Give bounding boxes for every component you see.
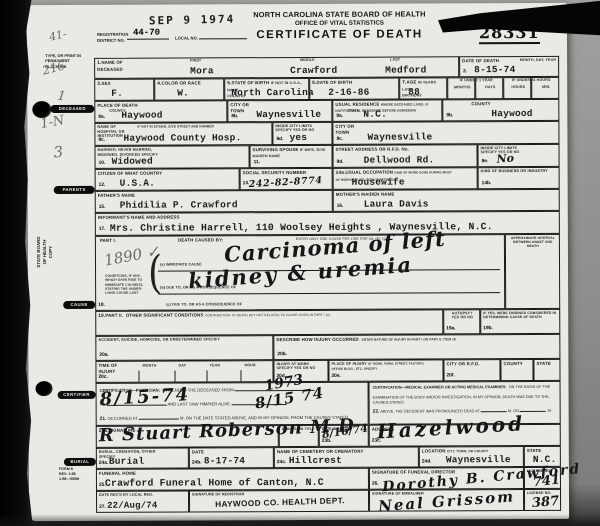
field-place-of-death-county: PLACE OF DEATH 8a. COUNTY Haywood xyxy=(94,100,227,123)
field-registrar-signature: SIGNATURE OF REGISTRAR HAYWOOD CO. HEALT… xyxy=(189,490,369,513)
burial-type-value: Burial xyxy=(109,456,144,467)
pod-city-limits-value: yes xyxy=(289,132,307,143)
board-name: NORTH CAROLINA STATE BOARD OF HEALTH xyxy=(222,9,457,19)
field-cemetery-name: NAME OF CEMETERY OR CREMATORY 24c. Hillc… xyxy=(274,446,419,468)
field-date-of-birth: 6.DATE OF BIRTH 2-16-86 xyxy=(309,78,399,100)
field-funeral-director-signature: SIGNATURE OF FUNERAL DIRECTOR 26. Doroth… xyxy=(369,467,524,490)
field-autopsy: AUTOPSY?YES OR NO 19a. xyxy=(443,309,480,334)
part1-conditions-note: CONDITIONS, IF ANY, WHICH GAVE RISE TO I… xyxy=(105,274,143,296)
age-value: 88 xyxy=(408,86,420,97)
field-residence-city-limits: INSIDE CITY LIMITSSPECIFY YES OR NO 9e. … xyxy=(477,144,559,167)
embalmer-license-value: 387 xyxy=(531,494,559,511)
cert-md-t4: OCCURRED AT xyxy=(108,416,138,421)
field-surviving-spouse: SURVIVING SPOUSE IF WIFE, GIVE MAIDEN NA… xyxy=(249,145,332,168)
burial-date-value: 8-17-74 xyxy=(204,455,245,466)
divider xyxy=(174,371,175,382)
ssn-value: 242-82-8774 xyxy=(248,175,322,190)
field-residence-county: COUNTY 9b. Haywood xyxy=(442,99,559,122)
hospital-value: Haywood County Hosp. xyxy=(123,132,241,144)
scan-bottom-shadow xyxy=(0,514,600,526)
field-label: DATE OF DEATH xyxy=(462,58,499,63)
field-age: 7.AGE IN YEARS LAST BIRTHDAY 88 xyxy=(399,77,447,99)
father-name-value: Phidilia P. Crawford xyxy=(120,199,238,211)
director-license-value: 741 xyxy=(532,472,561,490)
margin-tab-certifier: CERTIFIER xyxy=(58,391,96,399)
part1-line-b-rule xyxy=(158,292,500,294)
field-residence-city: CITY OR TOWN 9c. Waynesville xyxy=(332,121,559,145)
field-ssn: SOCIAL SECURITY NUMBER 13. 242-82-8774 xyxy=(240,168,333,190)
field-sublabel: MONTH, DAY, YEAR xyxy=(520,58,556,62)
cemetery-location-value: Waynesville xyxy=(446,454,511,465)
field-burial-date: DATE 24b. 8-17-74 xyxy=(189,447,274,468)
field-part1-cause-of-death: PART I. DEATH CAUSED BY: ENTER ONLY ONE … xyxy=(95,234,505,311)
field-autopsy-findings: IF YES, WERE FINDINGS CONSIDERED IN DETE… xyxy=(480,309,560,334)
field-hospital: NAME OF HOSPITAL OR INSTITUTION IF NOT I… xyxy=(94,122,272,146)
registration-underline xyxy=(127,39,169,40)
date-of-death-value: 8-15-74 xyxy=(474,64,515,75)
cert-me-t1: ON THE BASIS OF THE xyxy=(509,385,550,389)
field-informant: INFORMANT'S NAME AND ADDRESS 17. Mrs. Ch… xyxy=(95,211,560,236)
field-funeral-home: FUNERAL HOME 25. Crawford Funeral Home o… xyxy=(96,468,369,491)
field-father-name: FATHER'S NAME 15. Phidilia P. Crawford xyxy=(95,190,333,213)
mother-name-value: Laura Davis xyxy=(364,198,429,209)
residence-county-value: Haywood xyxy=(491,108,532,119)
registrar-stamp: HAYWOOD CO. HEALTH DEPT. xyxy=(196,496,364,510)
margin-tab-deceased: DECEASED xyxy=(50,105,94,113)
residence-city-value: Waynesville xyxy=(367,131,432,142)
field-street-address: STREET ADDRESS OR R.F.D. No. 9d. Dellwoo… xyxy=(332,144,477,168)
sex-value: F. xyxy=(111,88,123,99)
certificate-paper: SEP 9 1974 REGISTRATION DISTRICT NO. 44-… xyxy=(27,3,569,521)
residence-state-value: N.C. xyxy=(363,109,387,120)
occupation-value: Housewife xyxy=(352,177,405,188)
race-value: W. xyxy=(177,87,189,98)
field-date-of-death: DATE OF DEATH MONTH, DAY, YEAR 2. 8-15-7… xyxy=(459,56,559,77)
field-time-of-injury: TIME OF INJURY 20c. MONTH DAY YEAR HOUR xyxy=(95,360,273,383)
field-part2-other-conditions: 19.PART II. OTHER SIGNIFICANT CONDITIONS… xyxy=(95,309,443,336)
field-cemetery-location: LOCATION CITY, TOWN, OR COUNTY 24d. Wayn… xyxy=(419,446,524,467)
divider xyxy=(206,370,207,381)
funeral-home-value: Crawford Funeral Home of Canton, N.C xyxy=(105,477,324,489)
field-mother-name: MOTHER'S MAIDEN NAME 16. Laura Davis xyxy=(333,189,560,212)
field-accident-type: ACCIDENT, SUICIDE, HOMICIDE, OR UNDETERM… xyxy=(95,335,273,361)
pencil-mark-1: 41- xyxy=(48,27,68,43)
margin-tab-burial: BURIAL xyxy=(64,458,96,466)
header-center: NORTH CAROLINA STATE BOARD OF HEALTH OFF… xyxy=(222,9,457,41)
pencil-mark-5: 3 xyxy=(53,143,64,162)
field-part1-interval: APPROXIMATE INTERVAL BETWEEN ONSET AND D… xyxy=(505,234,560,309)
field-sex: 3.SEX F. xyxy=(94,79,154,101)
field-color-or-race: 4.COLOR OR RACE W. xyxy=(154,78,224,100)
hole-punch-bottom xyxy=(36,381,53,396)
under-1-year-group-label: IF UNDER 1 YEAR xyxy=(450,78,502,82)
divider xyxy=(138,371,139,382)
field-marital-status: MARRIED, NEVER MARRIED, WIDOWED, DIVORCE… xyxy=(94,145,249,169)
cert-me-t2: EXAMINATION OF THE BODY AND/OR INVESTIGA… xyxy=(373,395,560,406)
field-place-of-injury: PLACE OF INJURY AT HOME, FARM, STREET, F… xyxy=(328,359,443,382)
state-of-birth-value: North Carolina xyxy=(231,87,314,98)
cert-me-t5: 19 xyxy=(547,409,551,413)
name-last-value: Medford xyxy=(385,64,426,75)
field-burial-type: BURIAL, CREMATION, OTHERSPECIFY 24a. Bur… xyxy=(96,447,189,468)
field-injury-city: CITY OR R.F.D. 20f. xyxy=(443,359,500,381)
date-of-birth-value: 2-16-86 xyxy=(328,87,369,98)
hole-punch-top xyxy=(32,101,51,118)
form-number-note: FORM 8 REV. 1-68 1-68—500M xyxy=(59,467,79,482)
part1-line-a-label: (a) IMMEDIATE CAUSE xyxy=(160,262,202,266)
col-first: FIRST xyxy=(190,58,201,62)
field-occupation: 14a.USUAL OCCUPATION KIND OF WORK DONE D… xyxy=(333,167,478,190)
field-embalmer-signature: SIGNATURE OF EMBALMER Neal Grissom xyxy=(369,489,524,512)
cert-me-label: CERTIFICATION—MEDICAL EXAMINER OR ACTING… xyxy=(373,385,507,390)
field-director-license: LICENSE NO. 741 xyxy=(524,467,561,489)
field-embalmer-license: LICENSE NO. 387 xyxy=(524,489,561,511)
field-residence-state: USUAL RESIDENCE WHERE DECEASED LIVED. IF… xyxy=(332,99,442,121)
scan-background: SEP 9 1974 REGISTRATION DISTRICT NO. 44-… xyxy=(0,0,600,526)
field-injury-description: DESCRIBE HOW INJURY OCCURRED ENTER NATUR… xyxy=(273,334,560,360)
pod-county-value: Haywood xyxy=(121,110,162,121)
local-no-label: LOCAL NO. xyxy=(175,35,198,41)
field-place-of-death-city: CITY OR TOWN 8b. Waynesville xyxy=(227,100,332,122)
marital-status-value: Widowed xyxy=(112,156,153,167)
cemetery-name-value: Hillcrest xyxy=(289,455,342,466)
copy-designation: STATE BOARD OF HEALTH COPY xyxy=(36,223,54,281)
certificate-title: CERTIFICATE OF DEATH xyxy=(222,28,457,41)
cert-me-t3: ABOVE, THE DECEDENT WAS PRONOUNCED DEAD … xyxy=(380,409,480,413)
pod-city-value: Waynesville xyxy=(256,109,321,120)
col-middle: MIDDLE xyxy=(300,58,315,62)
pencil-mark-3: 1 xyxy=(56,89,66,105)
registration-district-value: 44-70 xyxy=(133,28,160,38)
part1-line-c-label: (c) DUE TO, OR AS A CONSEQUENCE OF xyxy=(166,302,242,306)
name-first-value: Mora xyxy=(190,65,214,76)
office-name: OFFICE OF VITAL STATISTICS xyxy=(222,19,457,27)
registration-district-label: REGISTRATION DISTRICT NO. xyxy=(97,32,128,43)
residence-city-limits-value: No xyxy=(496,151,514,165)
under-24-hours-group-label: IF UNDER 24 HOURS xyxy=(505,78,557,82)
name-middle-value: Crawford xyxy=(290,65,337,76)
col-last: LAST xyxy=(390,58,400,62)
field-state-of-birth: 5.STATE OF BIRTH IF NOT IN U.S.A., NAME … xyxy=(224,78,309,100)
field-citizen: CITIZEN OF WHAT COUNTRY 12. U.S.A. xyxy=(95,168,240,191)
field-name-of-deceased: 1.NAME OF DECEASED FIRST MIDDLE LAST Mor… xyxy=(94,56,459,79)
field-business: KIND OF BUSINESS OR INDUSTRY 14b. xyxy=(478,167,560,189)
field-date-received: DATE REC'D BY LOCAL REG. 27. 22/Aug/74 xyxy=(96,490,189,512)
cert-md-num: 21. xyxy=(100,417,107,422)
margin-tab-cause: CAUSE xyxy=(63,301,95,309)
field-pod-city-limits: INSIDE CITY LIMITSSPECIFY YES OR NO 8d. … xyxy=(272,122,332,145)
citizen-value: U.S.A. xyxy=(120,178,155,189)
street-address-value: Dellwood Rd. xyxy=(364,154,435,165)
margin-tab-parents: PARENTS xyxy=(54,186,95,194)
field-injury-state: STATE xyxy=(533,359,560,381)
field-injury-county: COUNTY xyxy=(500,359,533,381)
date-received-value: 22/Aug/74 xyxy=(107,501,157,511)
field-num: 2. xyxy=(463,69,467,74)
divider xyxy=(240,370,241,381)
cert-me-num: 22. xyxy=(373,410,380,415)
